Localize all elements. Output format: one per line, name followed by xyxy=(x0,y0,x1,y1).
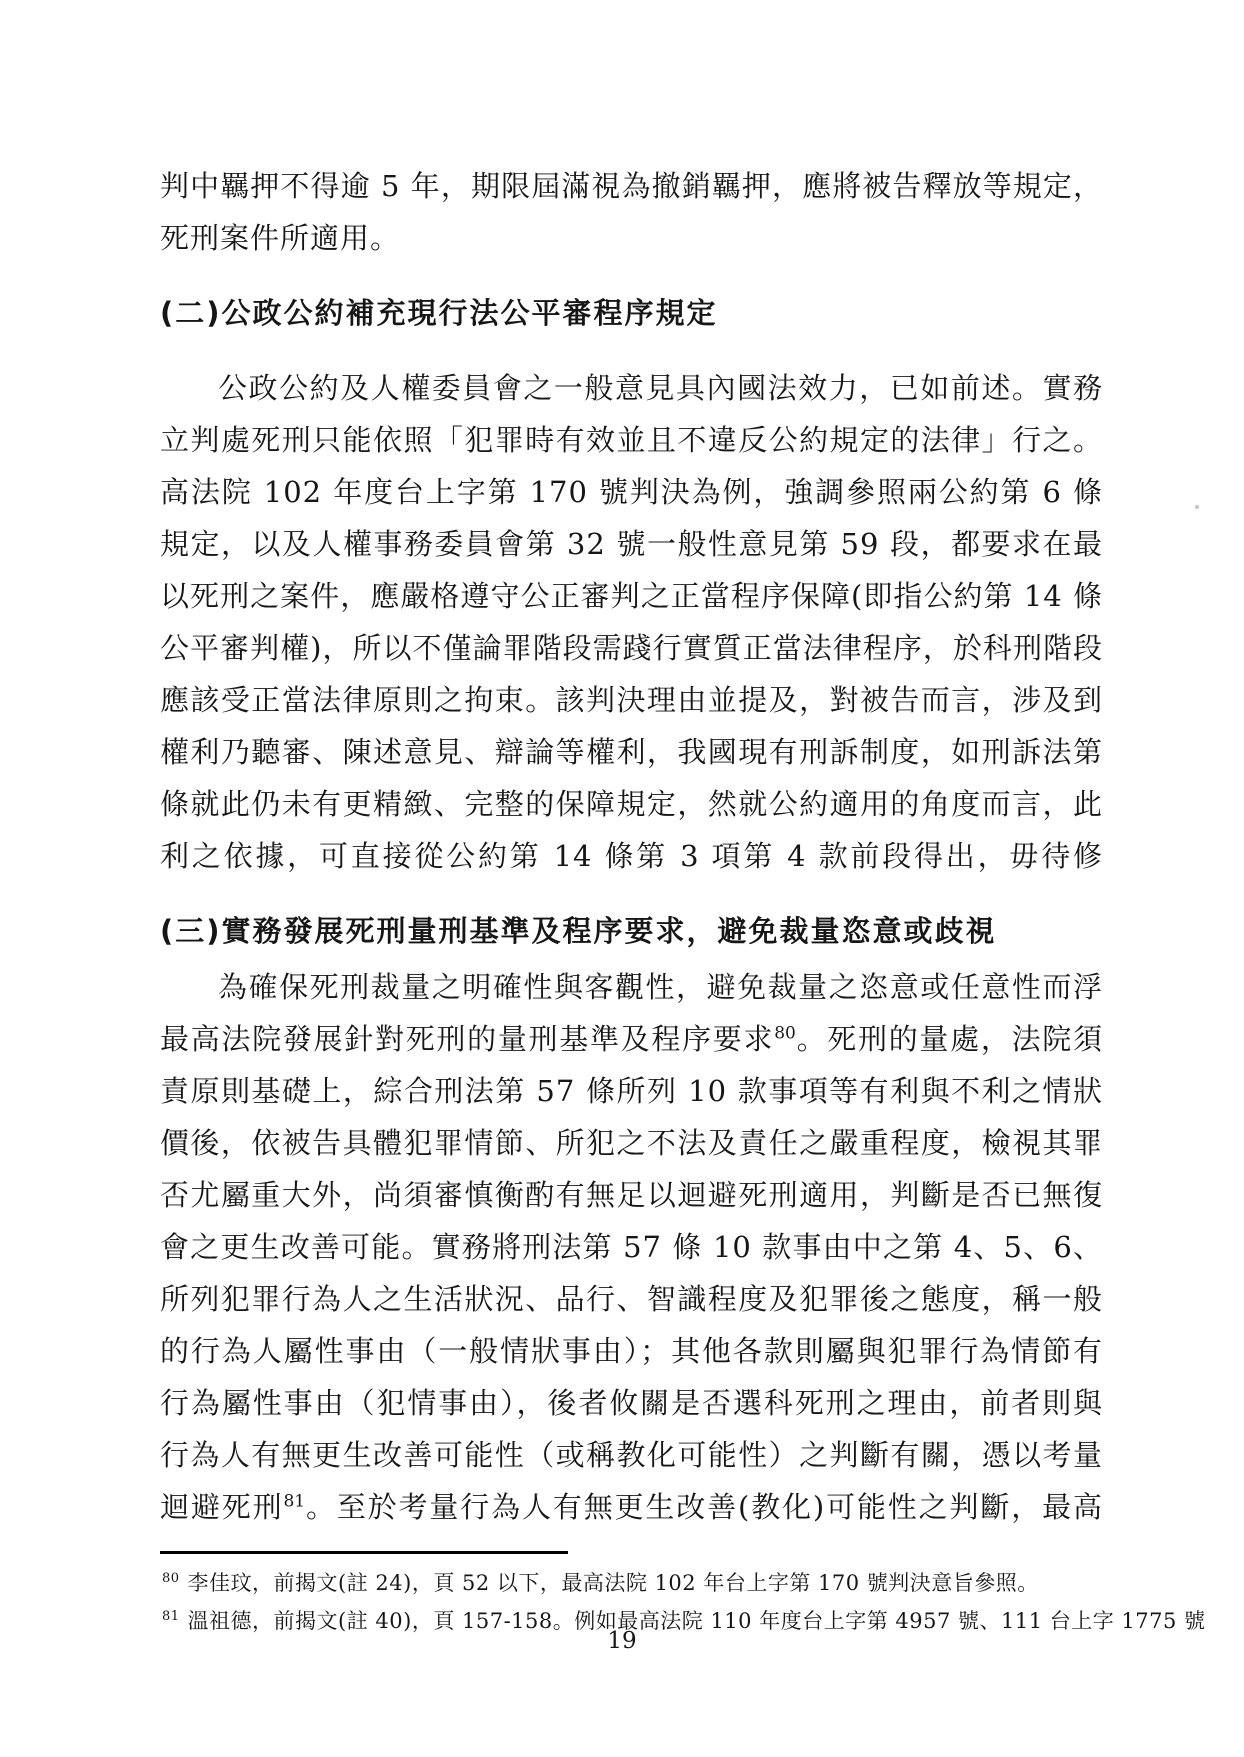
body-line: 死刑案件所適用。 xyxy=(160,212,1103,264)
body-line: 以死刑之案件，應嚴格遵守公正審判之正當程序保障(即指公約第 14 條受 xyxy=(160,570,1103,622)
body-text: 最高法院發展針對死刑的量刑基準及程序要求 xyxy=(160,1022,774,1056)
footnote-ref-80: 80 xyxy=(774,1023,796,1043)
body-line: 的行為人屬性事由（一般情狀事由）；其他各款則屬與犯罪行為情節有關之 xyxy=(160,1325,1103,1377)
body-line: 責原則基礎上，綜合刑法第 57 條所列 10 款事項等有利與不利之情狀為評 xyxy=(160,1065,1103,1117)
footnote-marker: 80 xyxy=(162,1571,180,1586)
document-page: 判中羈押不得逾 5 年，期限屆滿視為撤銷羈押，應將被告釋放等規定，亦為 死刑案件… xyxy=(0,0,1244,1757)
body-line: 否尤屬重大外，尚須審慎衡酌有無足以迴避死刑適用，判斷是否已無復歸社 xyxy=(160,1169,1103,1221)
body-line: 規定，以及人權事務委員會第 32 號一般性意見第 59 段，都要求在最終處 xyxy=(160,518,1103,570)
footnotes: 80李佳玟，前揭文(註 24)，頁 52 以下，最高法院 102 年台上字第 1… xyxy=(162,1562,1107,1638)
body-line-with-footnote-ref: 迴避死刑81。至於考量行為人有無更生改善(教化)可能性之判斷，最高法院 xyxy=(160,1481,1103,1533)
body-line: 價後，依被告具體犯罪情節、所犯之不法及責任之嚴重程度，檢視其罪責是 xyxy=(160,1117,1103,1169)
body-line: 公政公約及人權委員會之一般意見具內國法效力，已如前述。實務已建 xyxy=(160,362,1103,414)
body-line: 高法院 102 年度台上字第 170 號判決為例，強調參照兩公約第 6 條第 2… xyxy=(160,466,1103,518)
footnote-separator xyxy=(160,1551,568,1554)
body-line: 權利乃聽審、陳述意見、辯論等權利，我國現有刑訴制度，如刑訴法第 289 xyxy=(160,726,1103,778)
page-number: 19 xyxy=(0,1628,1244,1654)
footnote-text: 李佳玟，前揭文(註 24)，頁 52 以下，最高法院 102 年台上字第 170… xyxy=(188,1571,1039,1595)
body-line: 行為人有無更生改善可能性（或稱教化可能性）之判斷有關，憑以考量是否 xyxy=(160,1429,1103,1481)
footnote-80: 80李佳玟，前揭文(註 24)，頁 52 以下，最高法院 102 年台上字第 1… xyxy=(162,1562,1107,1600)
paragraph-2: 公政公約及人權委員會之一般意見具內國法效力，已如前述。實務已建 立判處死刑只能依… xyxy=(160,362,1103,882)
section-heading-3: (三)實務發展死刑量刑基準及程序要求，避免裁量恣意或歧視 xyxy=(160,905,1103,957)
body-line-with-footnote-ref: 最高法院發展針對死刑的量刑基準及程序要求80。死刑的量處，法院須在罪 xyxy=(160,1013,1103,1065)
section-heading-2: (二)公政公約補充現行法公平審程序規定 xyxy=(160,287,1103,339)
scan-speck xyxy=(1079,1087,1083,1090)
body-line: 立判處死刑只能依照「犯罪時有效並且不違反公約規定的法律」行之。以最 xyxy=(160,414,1103,466)
paragraph-3: 為確保死刑裁量之明確性與客觀性，避免裁量之恣意或任意性而浮動， 最高法院發展針對… xyxy=(160,961,1103,1533)
body-line: 應該受正當法律原則之拘束。該判決理由並提及，對被告而言，涉及到公約 xyxy=(160,674,1103,726)
scan-speck xyxy=(1195,505,1199,509)
body-line: 利之依據，可直接從公約第 14 條第 3 項第 4 款前段得出，毋待修法。 xyxy=(160,830,1103,882)
body-line: 所列犯罪行為人之生活狀況、品行、智識程度及犯罪後之態度，稱一般情狀 xyxy=(160,1273,1103,1325)
body-line: 判中羈押不得逾 5 年，期限屆滿視為撤銷羈押，應將被告釋放等規定，亦為 xyxy=(160,160,1103,212)
footnote-marker: 81 xyxy=(162,1609,180,1624)
body-line: 行為屬性事由（犯情事由），後者攸關是否選科死刑之理由，前者則與犯罪 xyxy=(160,1377,1103,1429)
text-block: 判中羈押不得逾 5 年，期限屆滿視為撤銷羈押，應將被告釋放等規定，亦為 死刑案件… xyxy=(160,160,1103,1533)
footnote-ref-81: 81 xyxy=(283,1491,305,1511)
body-line: 條就此仍未有更精緻、完整的保障規定，然就公約適用的角度而言，此等權 xyxy=(160,778,1103,830)
body-line: 為確保死刑裁量之明確性與客觀性，避免裁量之恣意或任意性而浮動， xyxy=(160,961,1103,1013)
paragraph-1: 判中羈押不得逾 5 年，期限屆滿視為撤銷羈押，應將被告釋放等規定，亦為 死刑案件… xyxy=(160,160,1103,264)
body-text: 迴避死刑 xyxy=(160,1490,283,1524)
body-line: 公平審判權)，所以不僅論罪階段需踐行實質正當法律程序，於科刑階段也 xyxy=(160,622,1103,674)
body-line: 會之更生改善可能。實務將刑法第 57 條 10 款事由中之第 4、5、6、10 … xyxy=(160,1221,1103,1273)
